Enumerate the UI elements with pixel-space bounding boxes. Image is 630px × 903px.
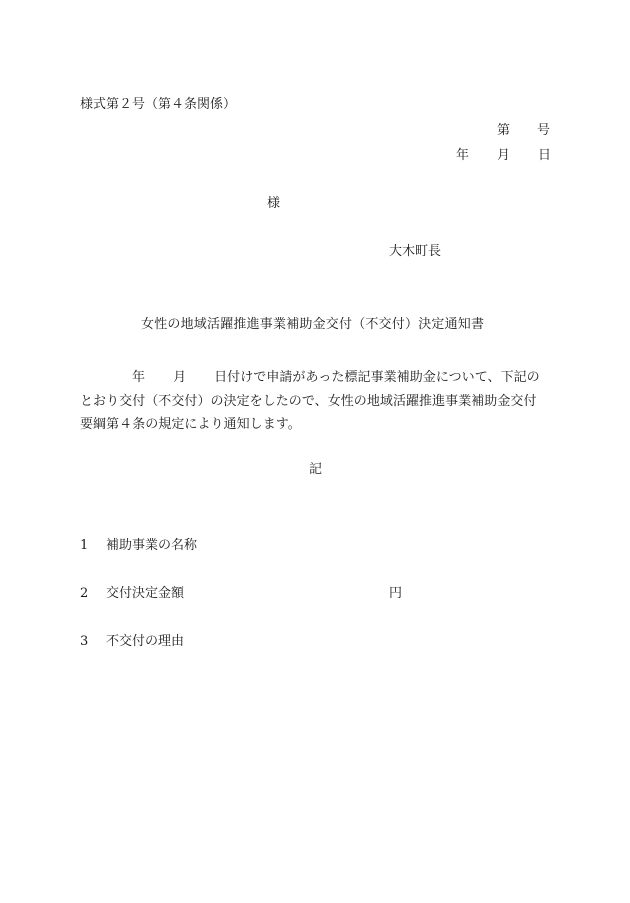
ki-heading: 記	[309, 463, 322, 476]
document-title: 女性の地域活躍推進事業補助金交付（不交付）決定通知書	[141, 318, 484, 331]
issuer-name: 大木町長	[389, 245, 441, 258]
body-line-1-rest: 日付けで申請があった標記事業補助金について、下記の	[214, 370, 540, 385]
item-label: 不交付の理由	[106, 634, 184, 649]
yen-unit: 円	[389, 587, 402, 600]
body-line-1: 年月日付けで申請があった標記事業補助金について、下記の	[80, 366, 552, 390]
item-number: 2	[80, 587, 106, 600]
item-number: 3	[80, 635, 106, 648]
issue-date: 年月日	[456, 149, 551, 162]
date-month: 月	[497, 148, 510, 163]
item-grant-amount: 2交付決定金額	[80, 587, 184, 600]
item-project-name: 1補助事業の名称	[80, 539, 197, 552]
item-non-grant-reason: 3不交付の理由	[80, 635, 184, 648]
form-number: 様式第２号（第４条関係）	[80, 98, 236, 111]
body-line-2: とおり交付（不交付）の決定をしたので、女性の地域活躍推進事業補助金交付	[80, 390, 552, 414]
body-paragraph: 年月日付けで申請があった標記事業補助金について、下記の とおり交付（不交付）の決…	[80, 366, 552, 437]
date-day: 日	[538, 148, 551, 163]
body-month: 月	[173, 370, 186, 385]
date-year: 年	[456, 148, 469, 163]
reference-number: 第号	[497, 124, 550, 137]
reference-dai: 第	[497, 124, 510, 137]
body-line-3: 要綱第４条の規定により通知します。	[80, 413, 552, 437]
body-year: 年	[132, 370, 145, 385]
addressee-suffix: 様	[267, 197, 280, 210]
item-label: 交付決定金額	[106, 586, 184, 601]
item-number: 1	[80, 539, 106, 552]
reference-go: 号	[537, 124, 550, 137]
item-label: 補助事業の名称	[106, 538, 197, 553]
